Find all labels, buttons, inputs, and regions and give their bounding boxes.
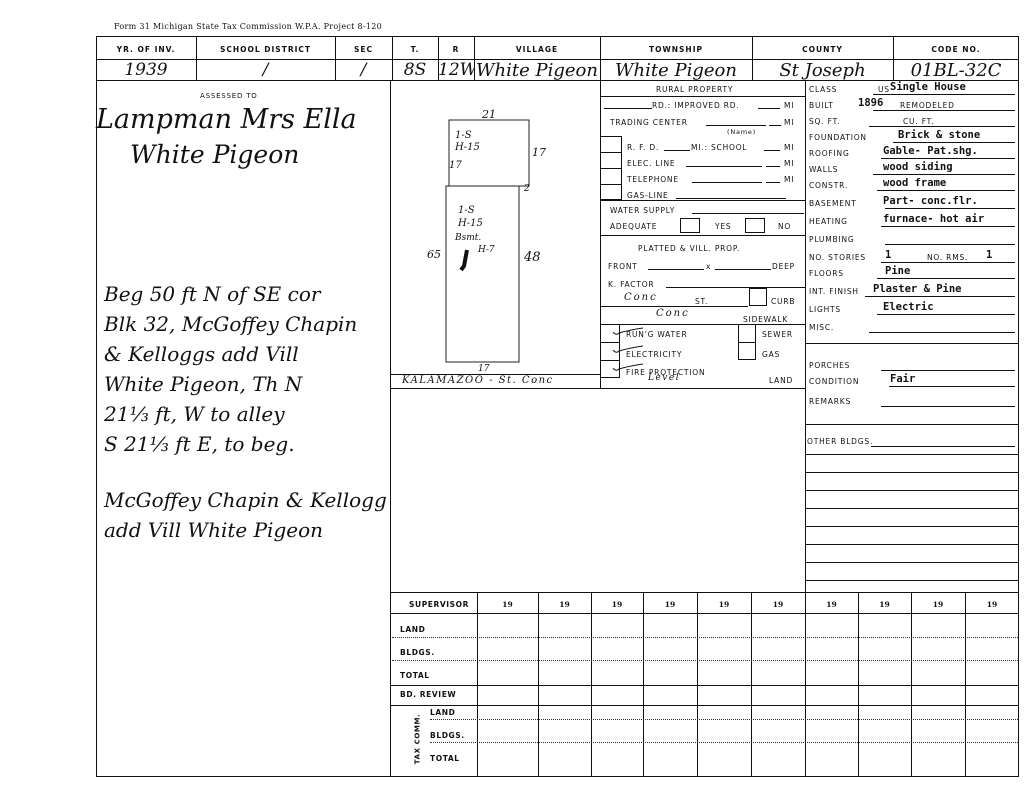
value-cell[interactable] xyxy=(699,688,749,706)
value-cell[interactable] xyxy=(593,617,641,635)
value-cell[interactable] xyxy=(593,688,641,706)
tc-land-label: LAND xyxy=(430,708,456,717)
value-cell[interactable] xyxy=(645,732,695,750)
land-label: LAND xyxy=(769,376,793,385)
year-header: 19 xyxy=(758,600,798,609)
value-cell[interactable] xyxy=(699,640,749,658)
land-value: Level xyxy=(648,373,680,383)
value-cell[interactable] xyxy=(645,709,695,727)
class-label: CLASS xyxy=(809,85,837,94)
land-label: LAND xyxy=(400,625,426,634)
roofing-value[interactable]: Gable- Pat.shg. xyxy=(883,145,978,157)
divider xyxy=(738,342,756,343)
value-cell[interactable] xyxy=(645,688,695,706)
year-header: 19 xyxy=(704,600,744,609)
value-cell[interactable] xyxy=(479,617,536,635)
value-cell[interactable] xyxy=(967,617,1017,635)
stories-value[interactable]: 1 xyxy=(885,249,891,261)
field-line xyxy=(881,406,1015,407)
floors-value[interactable]: Pine xyxy=(885,265,910,277)
value-cell[interactable] xyxy=(645,617,695,635)
remarks-label: REMARKS xyxy=(809,397,851,406)
bldgs-label: BLDGS. xyxy=(400,648,435,657)
use-label: US xyxy=(878,85,890,94)
value-cell[interactable] xyxy=(967,663,1017,681)
heating-label: HEATING xyxy=(809,217,848,226)
value-cell[interactable] xyxy=(593,640,641,658)
foundation-value[interactable]: Brick & stone xyxy=(898,129,980,141)
condition-label: CONDITION xyxy=(809,377,859,386)
plumbing-label: PLUMBING xyxy=(809,235,854,244)
value-cell[interactable] xyxy=(807,640,856,658)
field-line xyxy=(877,314,1015,315)
condition-value[interactable]: Fair xyxy=(890,373,915,385)
gas-label: GAS xyxy=(762,350,780,359)
field-line xyxy=(881,226,1015,227)
value-cell[interactable] xyxy=(807,663,856,681)
year-header: 19 xyxy=(918,600,958,609)
divider xyxy=(805,562,1019,563)
field-line xyxy=(881,158,1015,159)
field-line xyxy=(869,126,1015,127)
field-line xyxy=(893,142,1015,143)
value-cell[interactable] xyxy=(540,709,589,727)
value-cell[interactable] xyxy=(593,663,641,681)
divider xyxy=(390,685,1019,686)
value-cell[interactable] xyxy=(753,732,803,750)
divider xyxy=(805,490,1019,491)
divider xyxy=(805,424,1019,425)
basement-value[interactable]: Part- conc.flr. xyxy=(883,195,978,207)
value-cell[interactable] xyxy=(753,617,803,635)
value-cell[interactable] xyxy=(753,663,803,681)
value-cell[interactable] xyxy=(860,663,909,681)
year-header: 19 xyxy=(865,600,905,609)
value-cell[interactable] xyxy=(479,709,536,727)
value-cell[interactable] xyxy=(540,640,589,658)
value-cell[interactable] xyxy=(913,663,963,681)
sqft-label: SQ. FT. xyxy=(809,117,840,126)
tax-comm-label: TAX COMM. xyxy=(413,714,421,765)
foundation-label: FOUNDATION xyxy=(809,133,867,142)
value-cell[interactable] xyxy=(807,732,856,750)
floors-label: FLOORS xyxy=(809,269,844,278)
year-header: 19 xyxy=(650,600,690,609)
value-cell[interactable] xyxy=(913,755,963,773)
value-cell[interactable] xyxy=(753,755,803,773)
value-cell[interactable] xyxy=(753,640,803,658)
divider xyxy=(805,544,1019,545)
year-header: 19 xyxy=(597,600,637,609)
value-cell[interactable] xyxy=(807,688,856,706)
field-line xyxy=(881,370,1015,371)
value-cell[interactable] xyxy=(967,688,1017,706)
tc-total-label: TOTAL xyxy=(430,754,460,763)
field-line xyxy=(871,446,1015,447)
other-label: OTHER BLDGS. xyxy=(807,437,873,446)
value-cell[interactable] xyxy=(479,732,536,750)
value-cell[interactable] xyxy=(540,617,589,635)
value-cell[interactable] xyxy=(807,755,856,773)
value-cell[interactable] xyxy=(860,755,909,773)
rooms-label: NO. RMS. xyxy=(927,253,968,262)
value-cell[interactable] xyxy=(540,732,589,750)
year-header: 19 xyxy=(972,600,1012,609)
value-cell[interactable] xyxy=(807,709,856,727)
supervisor-label: SUPERVISOR xyxy=(409,600,469,609)
value-cell[interactable] xyxy=(967,755,1017,773)
value-cell[interactable] xyxy=(860,732,909,750)
value-cell[interactable] xyxy=(913,688,963,706)
use-value[interactable]: Single House xyxy=(890,81,966,93)
walls-value[interactable]: wood siding xyxy=(883,161,953,173)
value-cell[interactable] xyxy=(479,755,536,773)
value-cell[interactable] xyxy=(913,709,963,727)
value-cell[interactable] xyxy=(479,688,536,706)
porches-label: PORCHES xyxy=(809,361,850,370)
divider xyxy=(805,526,1019,527)
year-header: 19 xyxy=(545,600,585,609)
value-cell[interactable] xyxy=(860,688,909,706)
divider xyxy=(805,508,1019,509)
tc-bldgs-label: BLDGS. xyxy=(430,731,465,740)
value-cell[interactable] xyxy=(860,709,909,727)
value-cell[interactable] xyxy=(699,709,749,727)
basement-label: BASEMENT xyxy=(809,199,857,208)
dotted-rule xyxy=(392,637,1018,638)
field-line xyxy=(885,208,1015,209)
year-header: 19 xyxy=(488,600,528,609)
constr-label: CONSTR. xyxy=(809,181,848,190)
field-line xyxy=(873,110,1015,111)
divider xyxy=(805,343,1019,344)
stories-label: NO. STORIES xyxy=(809,253,866,262)
divider xyxy=(805,580,1019,581)
int-label: INT. FINISH xyxy=(809,287,859,296)
int-value[interactable]: Plaster & Pine xyxy=(873,283,962,295)
field-line xyxy=(873,94,1015,95)
value-cell[interactable] xyxy=(860,617,909,635)
value-cell[interactable] xyxy=(645,663,695,681)
value-cell[interactable] xyxy=(967,709,1017,727)
value-cell[interactable] xyxy=(807,617,856,635)
value-cell[interactable] xyxy=(593,732,641,750)
value-cell[interactable] xyxy=(540,663,589,681)
field-line xyxy=(889,386,1015,387)
field-line xyxy=(869,332,1015,333)
field-line xyxy=(873,174,1015,175)
review-label: BD. REVIEW xyxy=(400,690,456,699)
rooms-value[interactable]: 1 xyxy=(986,249,992,261)
value-cell[interactable] xyxy=(593,755,641,773)
roofing-label: ROOFING xyxy=(809,149,850,158)
lights-label: LIGHTS xyxy=(809,305,841,314)
field-line xyxy=(877,278,1015,279)
value-cell[interactable] xyxy=(913,640,963,658)
value-cell[interactable] xyxy=(699,732,749,750)
value-cell[interactable] xyxy=(593,709,641,727)
built-value[interactable]: 1896 xyxy=(858,97,883,109)
value-cell[interactable] xyxy=(913,617,963,635)
heating-value[interactable]: furnace- hot air xyxy=(883,213,984,225)
value-cell[interactable] xyxy=(540,688,589,706)
walls-label: WALLS xyxy=(809,165,838,174)
divider xyxy=(390,592,1019,593)
value-cell[interactable] xyxy=(699,663,749,681)
value-cell[interactable] xyxy=(753,688,803,706)
field-line xyxy=(885,244,1015,245)
lights-value[interactable]: Electric xyxy=(883,301,934,313)
value-cell[interactable] xyxy=(479,663,536,681)
total-label: TOTAL xyxy=(400,671,430,680)
dotted-rule xyxy=(392,660,1018,661)
value-cell[interactable] xyxy=(540,755,589,773)
value-cell[interactable] xyxy=(645,755,695,773)
value-cell[interactable] xyxy=(753,709,803,727)
value-cell[interactable] xyxy=(967,640,1017,658)
value-cell[interactable] xyxy=(645,640,695,658)
divider xyxy=(805,454,1019,455)
field-line xyxy=(881,262,1015,263)
field-line xyxy=(877,190,1015,191)
value-cell[interactable] xyxy=(860,640,909,658)
constr-value[interactable]: wood frame xyxy=(883,177,946,189)
year-header: 19 xyxy=(812,600,852,609)
field-line xyxy=(865,296,1015,297)
misc-label: MISC. xyxy=(809,323,834,332)
value-cell[interactable] xyxy=(699,755,749,773)
cuft-label: CU. FT. xyxy=(903,117,934,126)
divider xyxy=(805,472,1019,473)
value-cell[interactable] xyxy=(913,732,963,750)
built-label: BUILT xyxy=(809,101,834,110)
value-cell[interactable] xyxy=(699,617,749,635)
value-cell[interactable] xyxy=(967,732,1017,750)
remodeled-label: REMODELED xyxy=(900,101,955,110)
sewer-label: SEWER xyxy=(762,330,793,339)
divider xyxy=(390,613,1019,614)
value-cell[interactable] xyxy=(479,640,536,658)
